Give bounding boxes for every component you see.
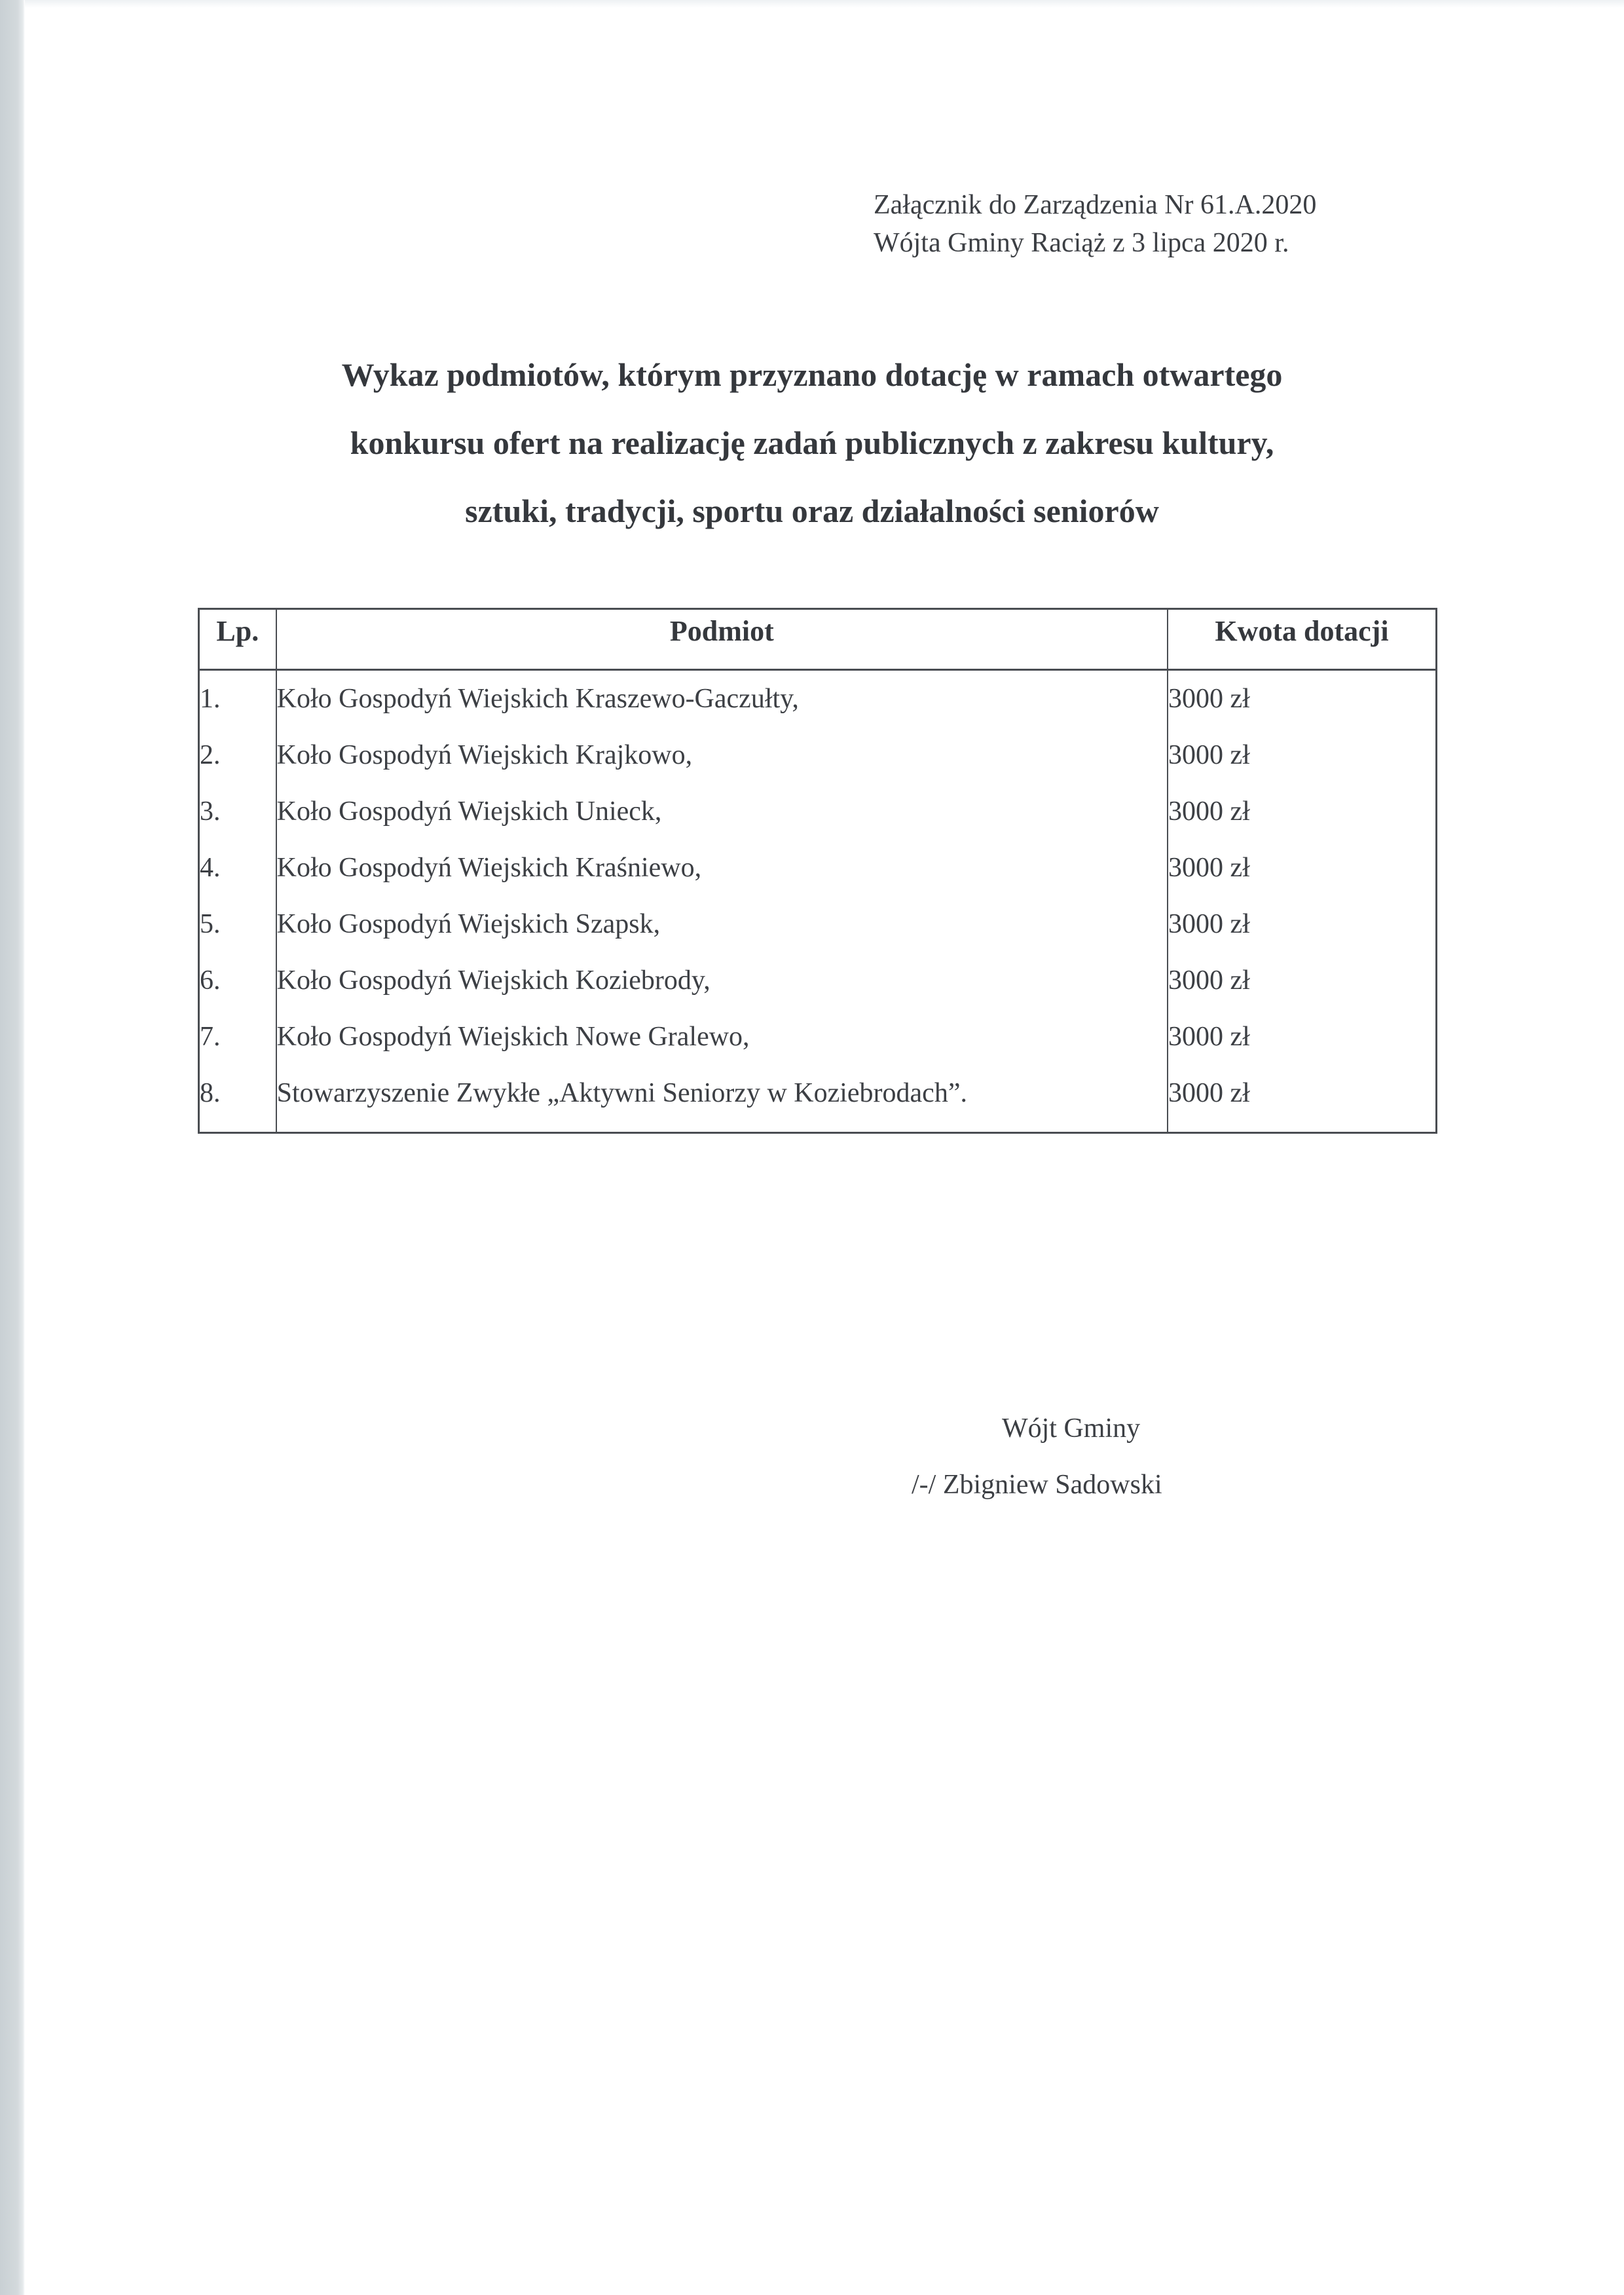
signatory-name: /-/ Zbigniew Sadowski [871, 1457, 1264, 1513]
row-amount: 3000 zł [1168, 1065, 1437, 1132]
row-amount: 3000 zł [1168, 952, 1437, 1009]
row-entity: Koło Gospodyń Wiejskich Unieck, [276, 783, 1168, 840]
row-entity: Koło Gospodyń Wiejskich Koziebrody, [276, 952, 1168, 1009]
attachment-header-line-2: Wójta Gminy Raciąż z 3 lipca 2020 r. [874, 224, 1316, 262]
table-row: 5. Koło Gospodyń Wiejskich Szapsk, 3000 … [199, 896, 1437, 952]
row-amount: 3000 zł [1168, 727, 1437, 783]
table-row: 2. Koło Gospodyń Wiejskich Krajkowo, 300… [199, 727, 1437, 783]
row-number: 5. [199, 896, 276, 952]
row-number: 6. [199, 952, 276, 1009]
table-row: 7. Koło Gospodyń Wiejskich Nowe Gralewo,… [199, 1009, 1437, 1065]
row-amount: 3000 zł [1168, 783, 1437, 840]
document-title-line-1: Wykaz podmiotów, którym przyznano dotacj… [0, 341, 1624, 409]
row-number: 7. [199, 1009, 276, 1065]
row-amount: 3000 zł [1168, 840, 1437, 896]
row-entity: Koło Gospodyń Wiejskich Krajkowo, [276, 727, 1168, 783]
grants-table: Lp. Podmiot Kwota dotacji 1. Koło Gospod… [198, 608, 1437, 1134]
table-header-row: Lp. Podmiot Kwota dotacji [199, 609, 1437, 670]
row-number: 1. [199, 670, 276, 728]
scan-top-shadow [25, 0, 1624, 8]
row-amount: 3000 zł [1168, 896, 1437, 952]
column-header-lp: Lp. [199, 609, 276, 670]
row-amount: 3000 zł [1168, 1009, 1437, 1065]
signature-block: Wójt Gminy /-/ Zbigniew Sadowski [871, 1400, 1264, 1513]
row-entity: Koło Gospodyń Wiejskich Szapsk, [276, 896, 1168, 952]
table-row: 1. Koło Gospodyń Wiejskich Kraszewo-Gacz… [199, 670, 1437, 728]
row-number: 4. [199, 840, 276, 896]
row-number: 8. [199, 1065, 276, 1132]
document-title-line-3: sztuki, tradycji, sportu oraz działalnoś… [0, 477, 1624, 545]
row-amount: 3000 zł [1168, 670, 1437, 728]
row-entity: Koło Gospodyń Wiejskich Nowe Gralewo, [276, 1009, 1168, 1065]
table-row: 3. Koło Gospodyń Wiejskich Unieck, 3000 … [199, 783, 1437, 840]
row-number: 3. [199, 783, 276, 840]
table-row: 8. Stowarzyszenie Zwykłe „Aktywni Senior… [199, 1065, 1437, 1132]
column-header-entity: Podmiot [276, 609, 1168, 670]
row-number: 2. [199, 727, 276, 783]
row-entity: Koło Gospodyń Wiejskich Kraśniewo, [276, 840, 1168, 896]
table-row: 4. Koło Gospodyń Wiejskich Kraśniewo, 30… [199, 840, 1437, 896]
document-title-line-2: konkursu ofert na realizację zadań publi… [0, 409, 1624, 477]
row-entity: Stowarzyszenie Zwykłe „Aktywni Seniorzy … [276, 1065, 1168, 1132]
table-row: 6. Koło Gospodyń Wiejskich Koziebrody, 3… [199, 952, 1437, 1009]
column-header-amount: Kwota dotacji [1168, 609, 1437, 670]
row-entity: Koło Gospodyń Wiejskich Kraszewo-Gaczułt… [276, 670, 1168, 728]
attachment-header: Załącznik do Zarządzenia Nr 61.A.2020 Wó… [874, 186, 1316, 262]
attachment-header-line-1: Załącznik do Zarządzenia Nr 61.A.2020 [874, 186, 1316, 224]
document-title: Wykaz podmiotów, którym przyznano dotacj… [0, 341, 1624, 545]
signatory-role: Wójt Gminy [871, 1400, 1264, 1457]
